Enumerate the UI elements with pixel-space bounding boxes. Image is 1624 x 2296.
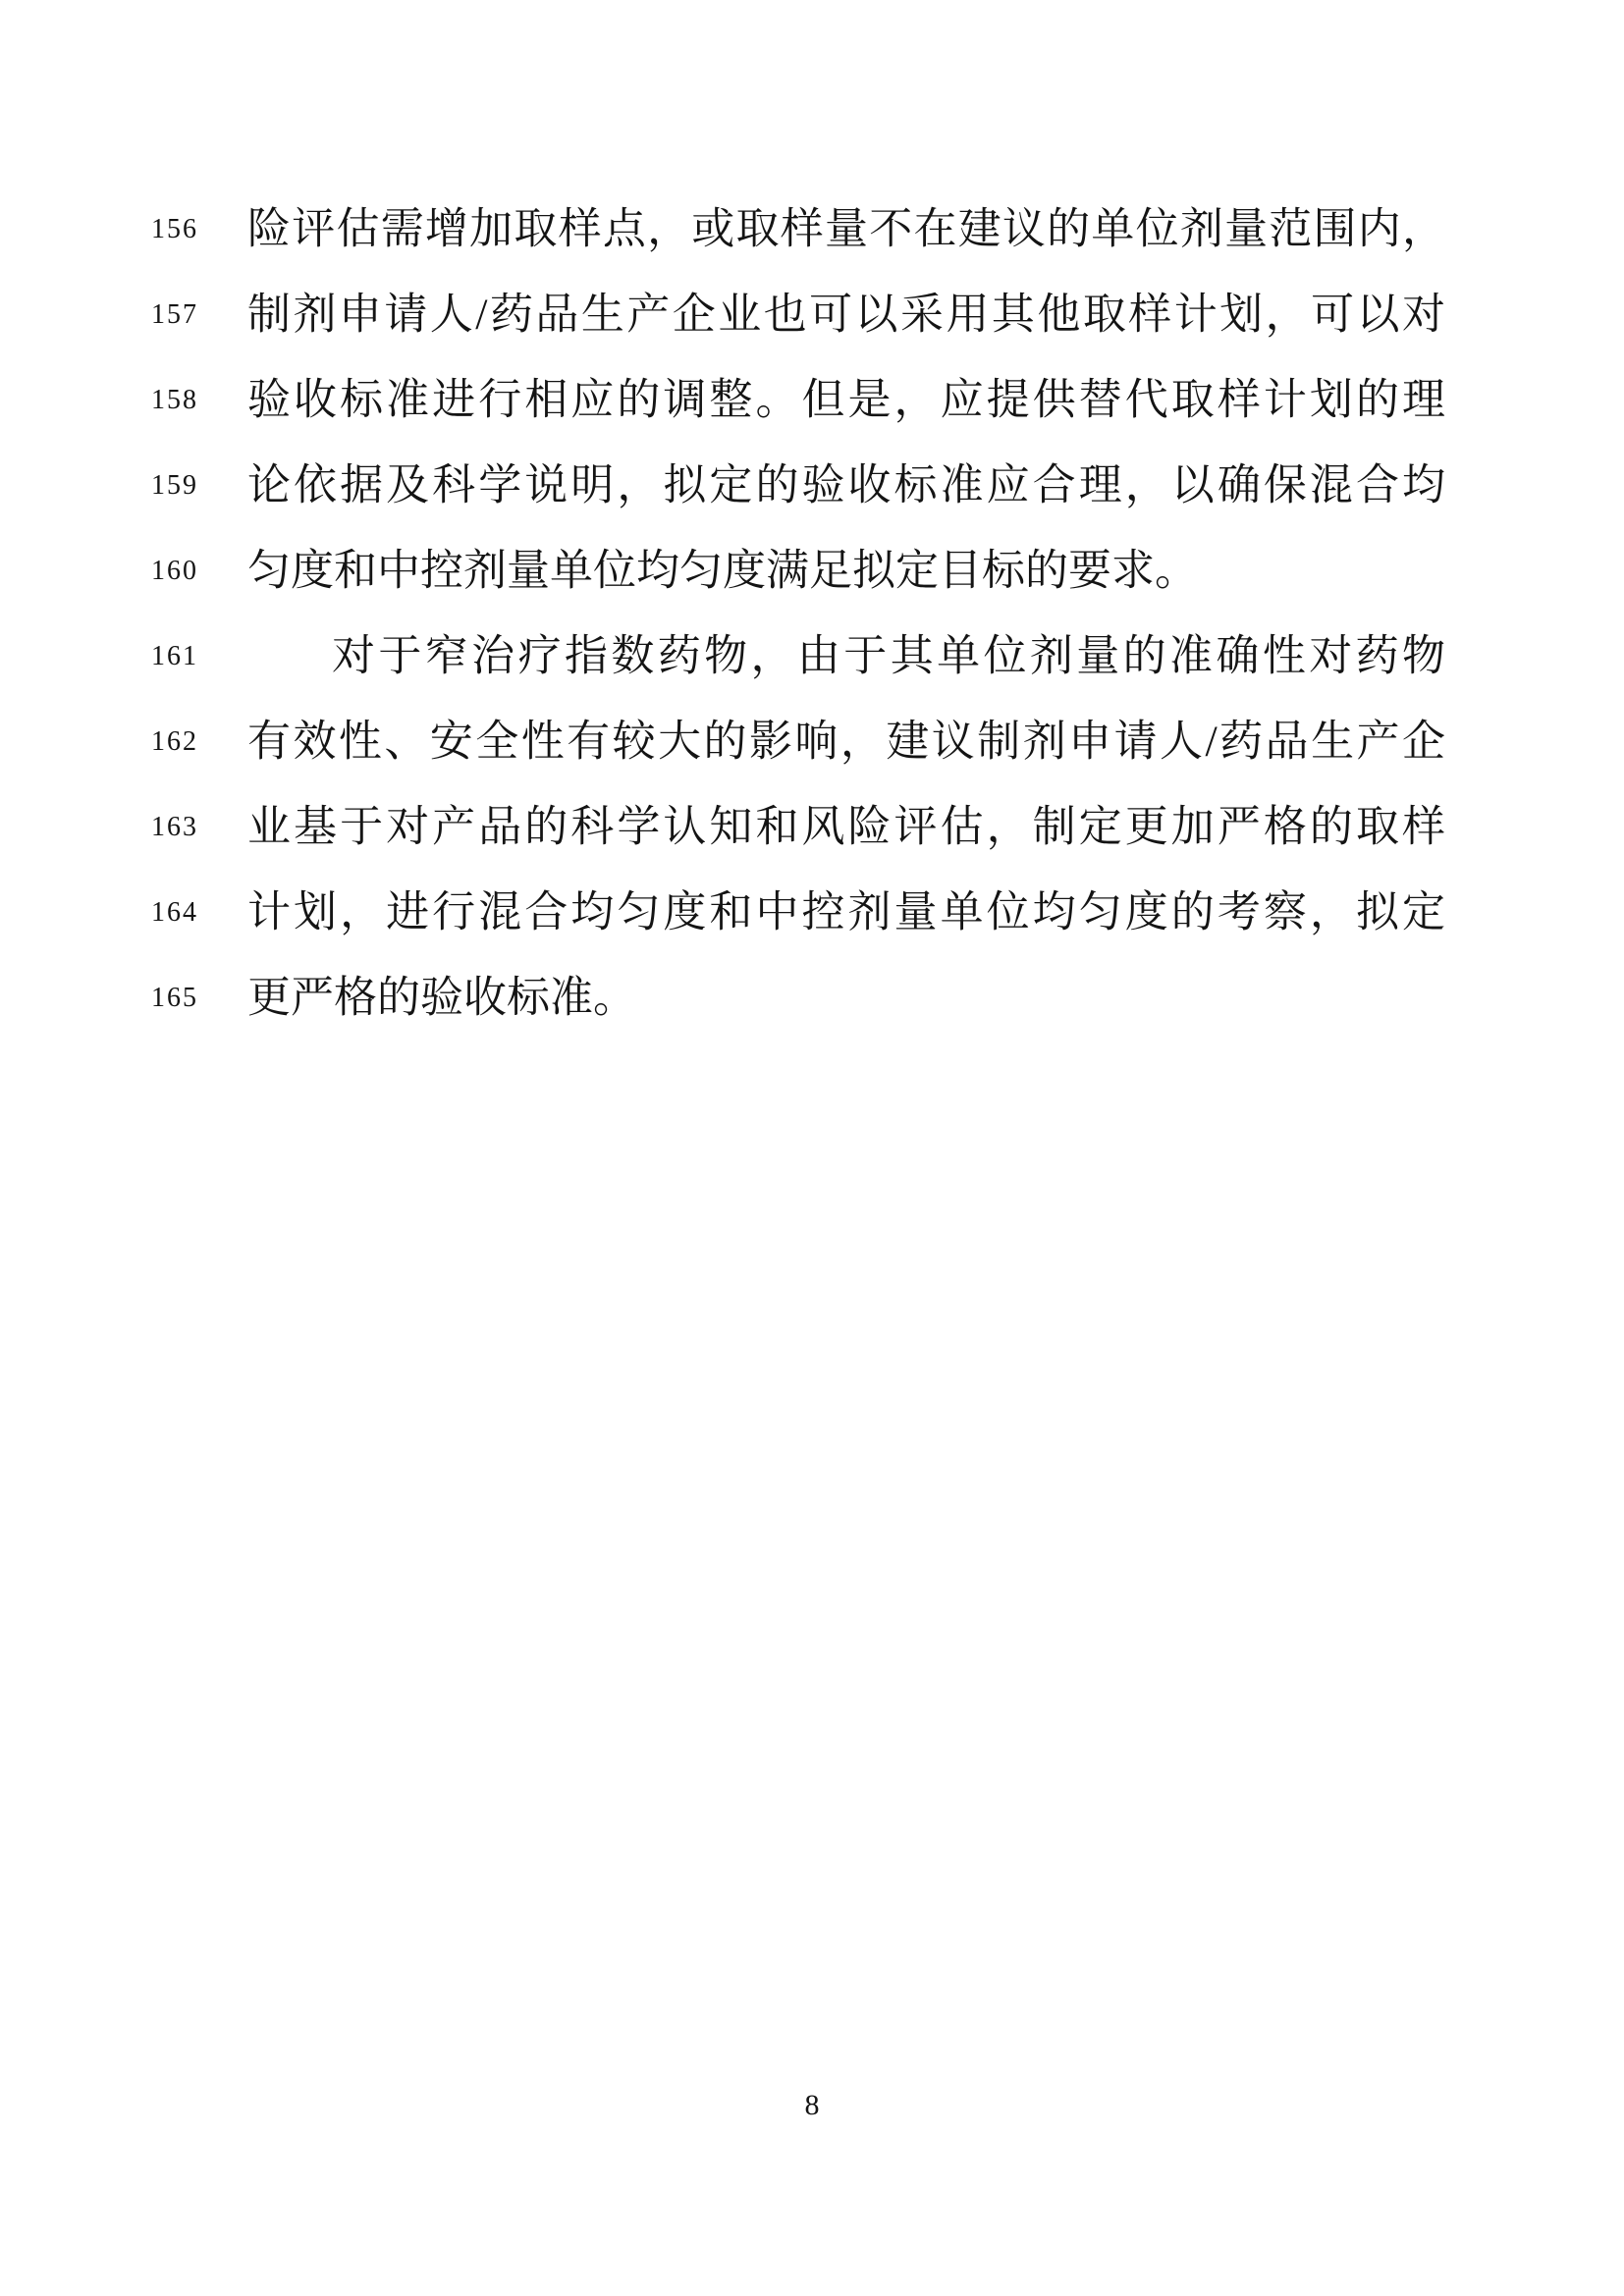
text-line: 163 业基于对产品的科学认知和风险评估，制定更加严格的取样 [0,784,1624,870]
text-line: 165 更严格的验收标准。 [0,955,1624,1041]
page-number: 8 [0,2089,1624,2122]
text-line: 162 有效性、安全性有较大的影响，建议制剂申请人/药品生产企 [0,699,1624,784]
line-text: 对于窄治疗指数药物，由于其单位剂量的准确性对药物 [247,630,1445,682]
line-number: 163 [151,812,198,843]
line-text: 险评估需增加取样点，或取样量不在建议的单位剂量范围内， [247,203,1445,255]
line-number: 161 [151,641,198,672]
line-text: 有效性、安全性有较大的影响，建议制剂申请人/药品生产企 [247,716,1445,768]
line-text: 论依据及科学说明，拟定的验收标准应合理，以确保混合均 [247,459,1445,511]
line-text: 业基于对产品的科学认知和风险评估，制定更加严格的取样 [247,801,1445,853]
line-text: 制剂申请人/药品生产企业也可以采用其他取样计划，可以对 [247,289,1445,341]
text-line: 164 计划，进行混合均匀度和中控剂量单位均匀度的考察，拟定 [0,870,1624,955]
text-line: 161 对于窄治疗指数药物，由于其单位剂量的准确性对药物 [0,614,1624,699]
text-block: 156 险评估需增加取样点，或取样量不在建议的单位剂量范围内， 157 制剂申请… [0,187,1624,1041]
line-text: 计划，进行混合均匀度和中控剂量单位均匀度的考察，拟定 [247,886,1445,938]
line-number: 162 [151,726,198,758]
text-line: 159 论依据及科学说明，拟定的验收标准应合理，以确保混合均 [0,443,1624,528]
line-number: 157 [151,299,198,331]
line-number: 156 [151,214,198,245]
text-line: 157 制剂申请人/药品生产企业也可以采用其他取样计划，可以对 [0,272,1624,357]
line-text: 更严格的验收标准。 [247,972,1445,1024]
text-line: 156 险评估需增加取样点，或取样量不在建议的单位剂量范围内， [0,187,1624,272]
text-line: 160 匀度和中控剂量单位均匀度满足拟定目标的要求。 [0,528,1624,614]
line-number: 160 [151,556,198,587]
line-number: 165 [151,983,198,1014]
text-line: 158 验收标准进行相应的调整。但是，应提供替代取样计划的理 [0,357,1624,443]
line-number: 159 [151,470,198,502]
line-text: 匀度和中控剂量单位均匀度满足拟定目标的要求。 [247,545,1445,597]
line-text: 验收标准进行相应的调整。但是，应提供替代取样计划的理 [247,374,1445,426]
document-page: 156 险评估需增加取样点，或取样量不在建议的单位剂量范围内， 157 制剂申请… [0,0,1624,2296]
line-number: 158 [151,385,198,416]
line-number: 164 [151,897,198,929]
